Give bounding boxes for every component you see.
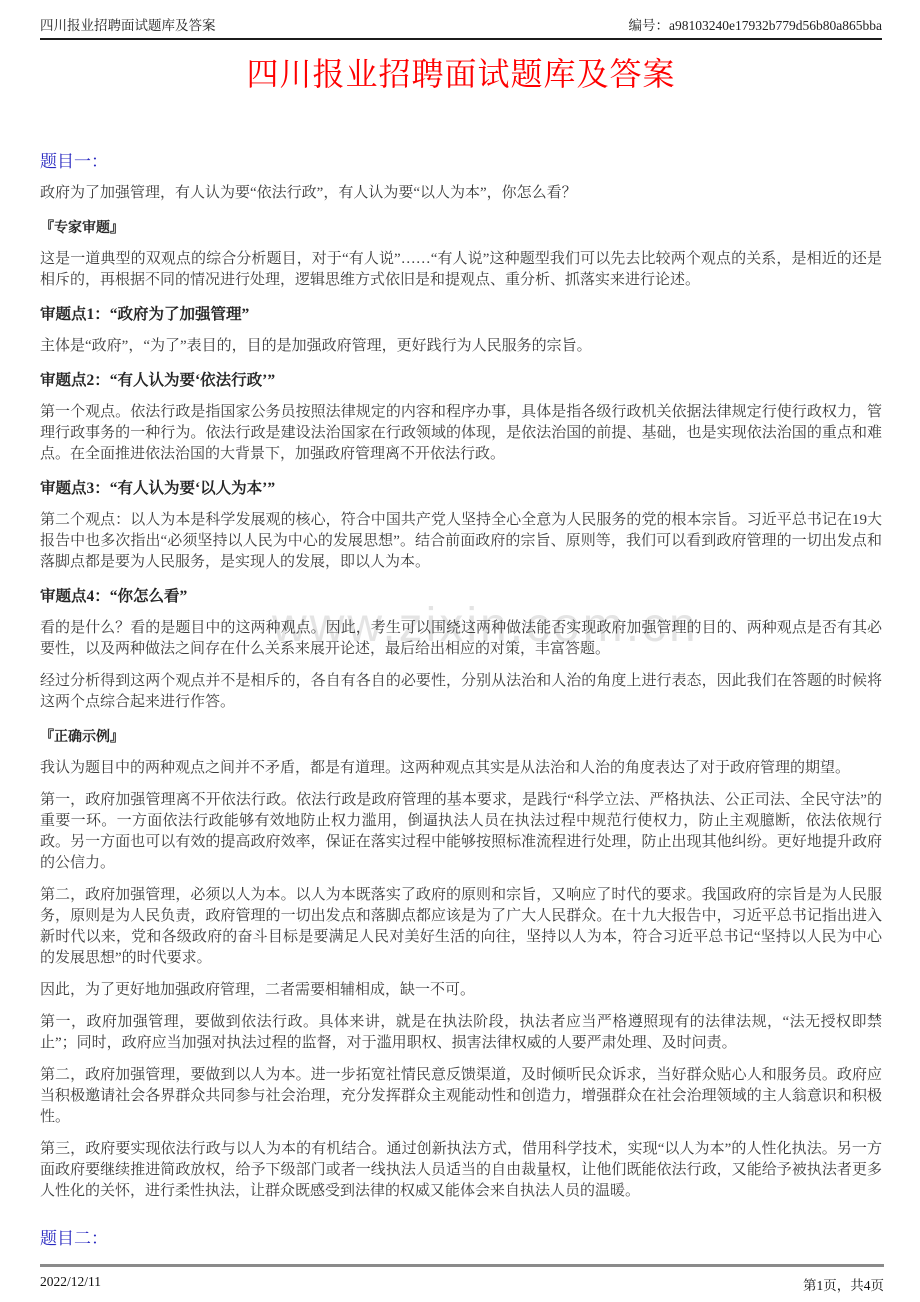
document-title: 四川报业招聘面试题库及答案: [40, 49, 882, 95]
paragraph: 这是一道典型的双观点的综合分析题目，对于“有人说”……“有人说”这种题型我们可以…: [40, 249, 882, 291]
paragraph: 第三，政府要实现依法行政与以人为本的有机结合。通过创新执法方式，借用科学技术，实…: [40, 1139, 882, 1202]
paragraph: 我认为题目中的两种观点之间并不矛盾，都是有道理。这两种观点其实是从法治和人治的角…: [40, 758, 882, 779]
bracket-heading: 『专家审题』: [40, 219, 882, 238]
paragraph: 第一，政府加强管理离不开依法行政。依法行政是政府管理的基本要求，是践行“科学立法…: [40, 790, 882, 874]
paragraph: 第一个观点。依法行政是指国家公务员按照法律规定的内容和程序办事，具体是指各级行政…: [40, 402, 882, 465]
paragraph: 因此，为了更好地加强政府管理，二者需要相辅相成，缺一不可。: [40, 980, 882, 1001]
header-serial-number: 编号：a98103240e17932b779d56b80a865bba: [629, 14, 882, 34]
bracket-heading: 『正确示例』: [40, 728, 882, 747]
paragraph: 第二，政府加强管理，要做到以人为本。进一步拓宽社情民意反馈渠道，及时倾听民众诉求…: [40, 1065, 882, 1128]
document-page: www.zixin.com.cn 四川报业招聘面试题库及答案 编号：a98103…: [0, 0, 920, 1302]
content-blocks: 题目一：政府为了加强管理，有人认为要“依法行政”，有人认为要“以人为本”，你怎么…: [40, 151, 882, 1249]
section-heading: 审题点4：“你怎么看”: [40, 587, 882, 607]
paragraph: 看的是什么？看的是题目中的这两种观点。因此，考生可以围绕这两种做法能否实现政府加…: [40, 618, 882, 660]
paragraph: 第二，政府加强管理，必须以人为本。以人为本既落实了政府的原则和宗旨，又响应了时代…: [40, 885, 882, 969]
paragraph: 第二个观点：以人为本是科学发展观的核心，符合中国共产党人坚持全心全意为人民服务的…: [40, 510, 882, 573]
paragraph: 主体是“政府”，“为了”表目的，目的是加强政府管理，更好践行为人民服务的宗旨。: [40, 336, 882, 357]
paragraph: 经过分析得到这两个观点并不是相斥的，各自有各自的必要性，分别从法治和人治的角度上…: [40, 671, 882, 713]
section-heading: 审题点1：“政府为了加强管理”: [40, 305, 882, 325]
page-header: 四川报业招聘面试题库及答案 编号：a98103240e17932b779d56b…: [40, 0, 882, 40]
section-heading: 审题点3：“有人认为要‘以人为本’”: [40, 479, 882, 499]
question-label: 题目一：: [40, 151, 882, 172]
footer-page-number: 第1页，共4页: [803, 1274, 884, 1294]
question-label: 题目二：: [40, 1228, 882, 1249]
header-document-title: 四川报业招聘面试题库及答案: [40, 14, 216, 34]
section-heading: 审题点2：“有人认为要‘依法行政’”: [40, 371, 882, 391]
paragraph: 政府为了加强管理，有人认为要“依法行政”，有人认为要“以人为本”，你怎么看？: [40, 183, 882, 204]
paragraph: 第一，政府加强管理，要做到依法行政。具体来讲，就是在执法阶段，执法者应当严格遵照…: [40, 1012, 882, 1054]
page-footer: 2022/12/11 第1页，共4页: [40, 1264, 884, 1294]
footer-date: 2022/12/11: [40, 1274, 101, 1294]
